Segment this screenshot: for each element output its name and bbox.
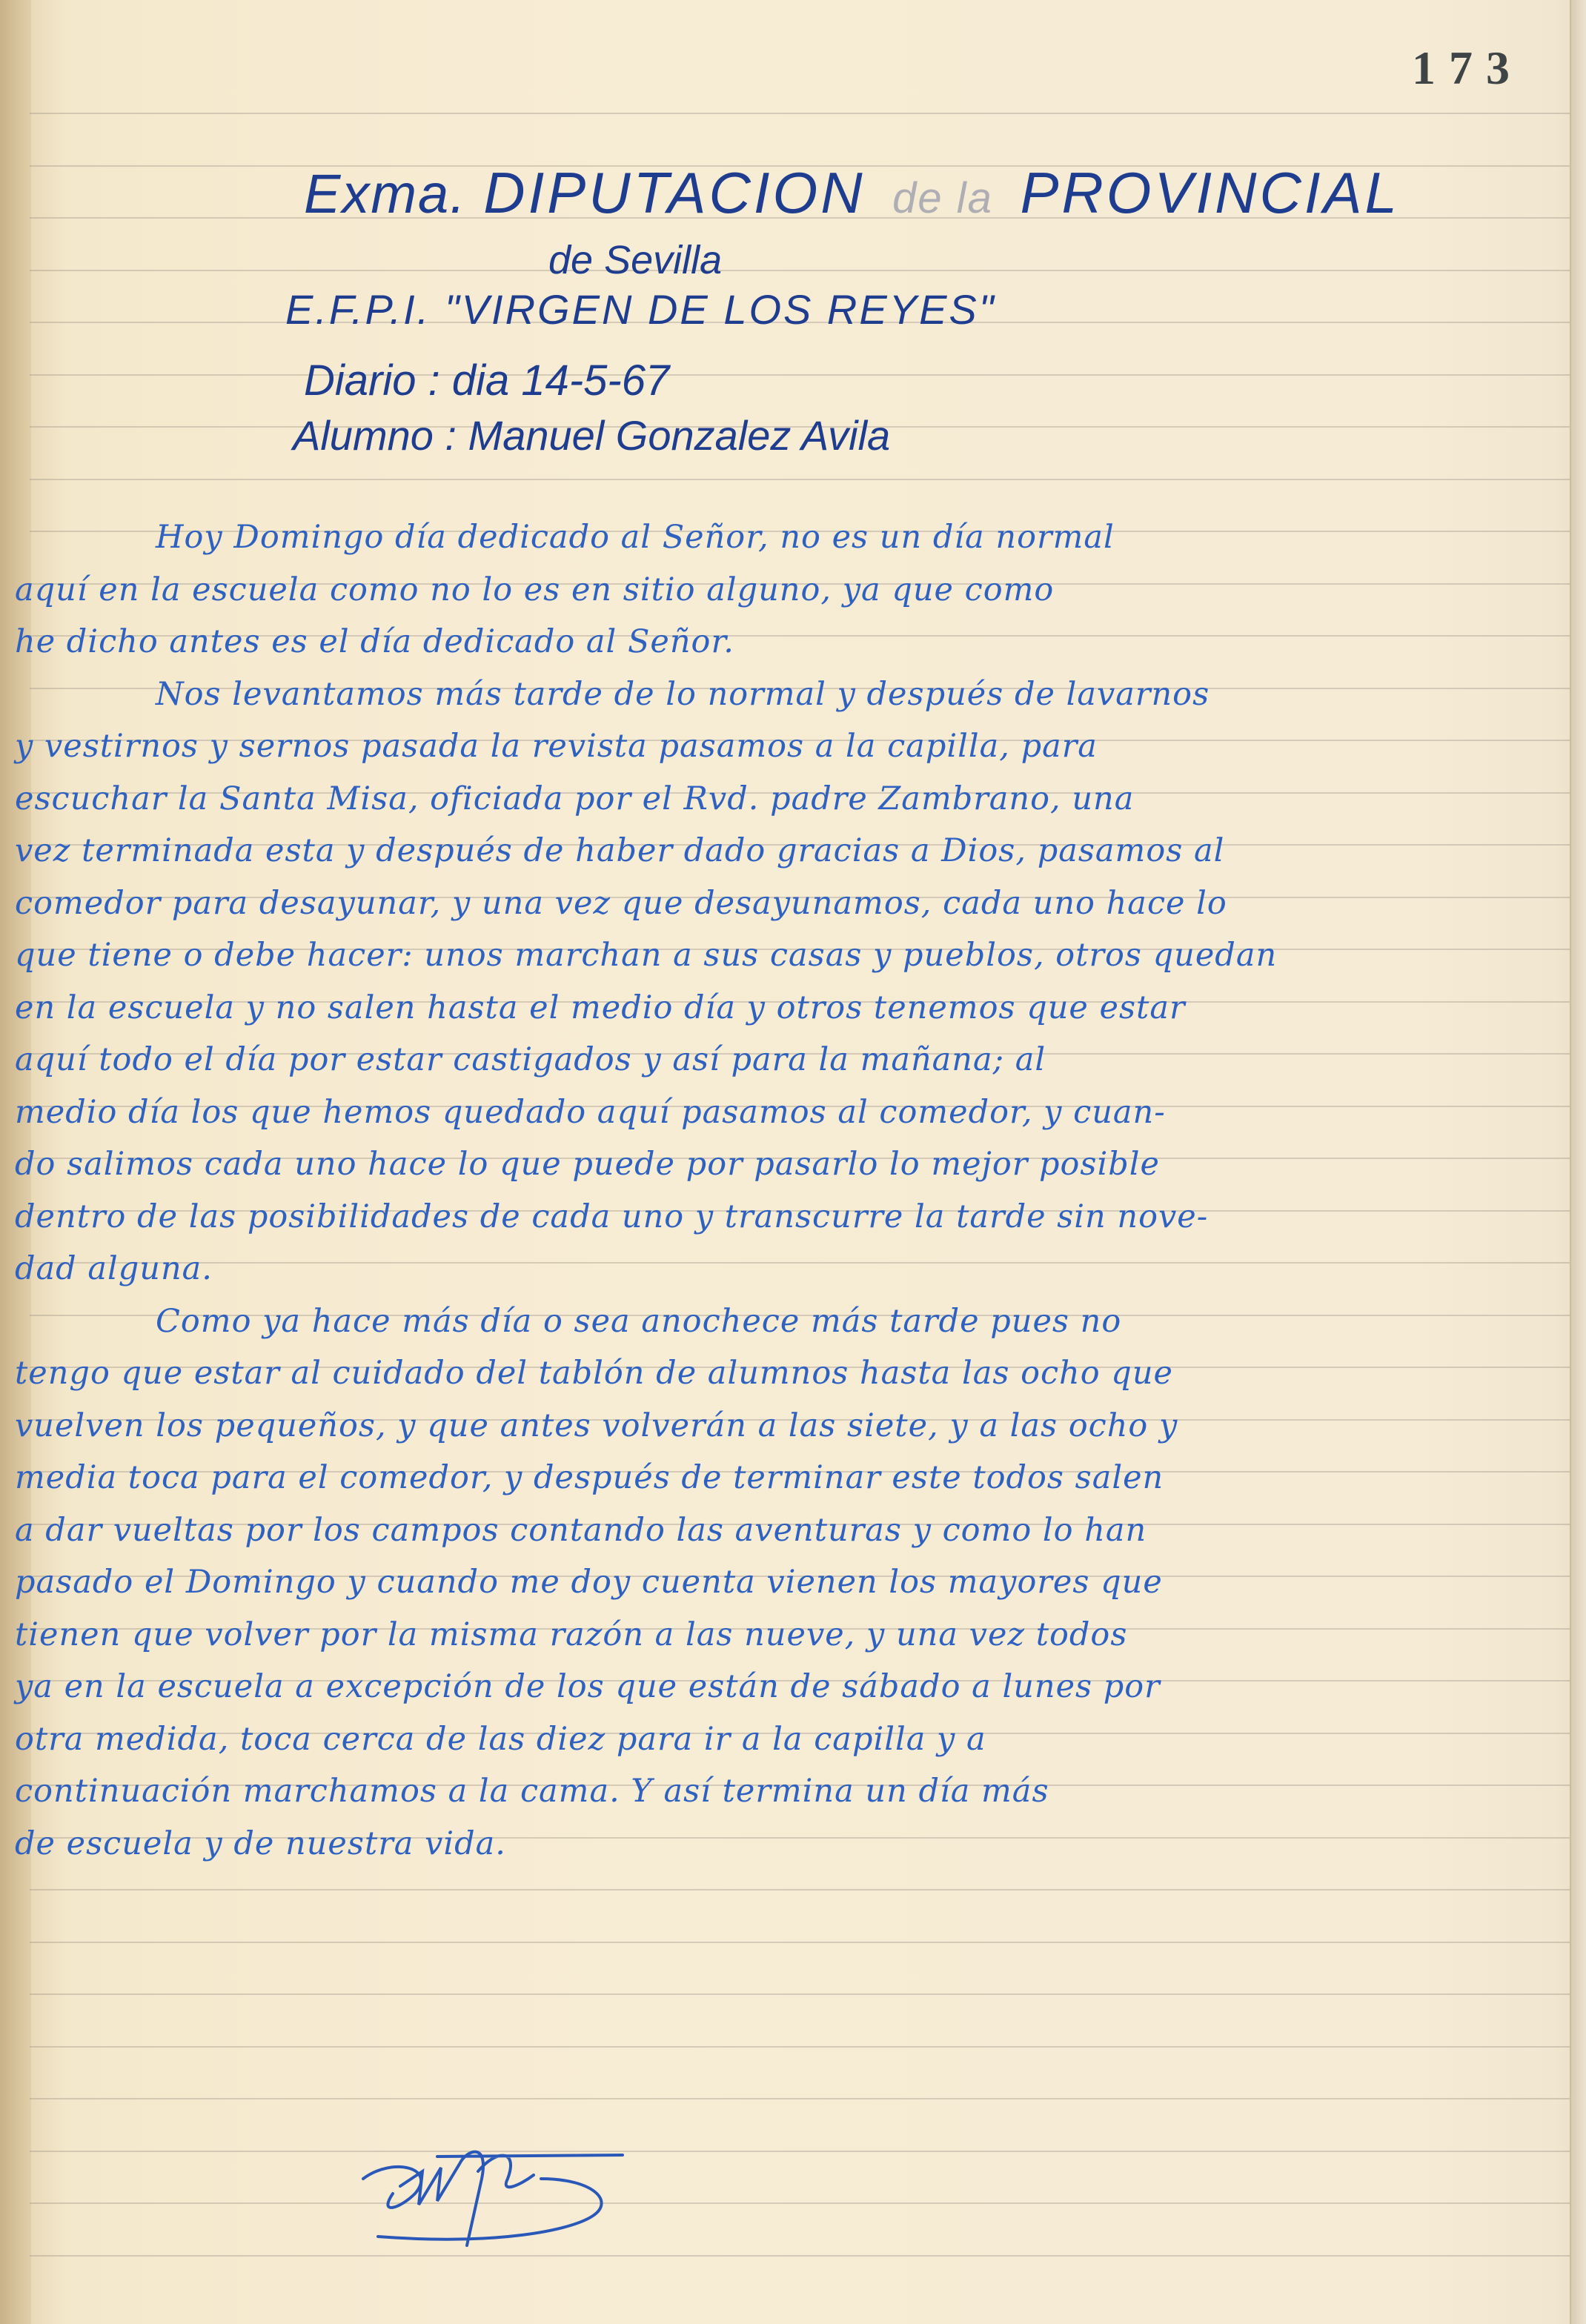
diary-line: escuchar la Santa Misa, oficiada por el … <box>15 773 1542 826</box>
diary-line: en la escuela y no salen hasta el medio … <box>15 982 1542 1035</box>
diary-line: medio día los que hemos quedado aquí pas… <box>15 1086 1542 1139</box>
ruled-line <box>30 2046 1570 2048</box>
diary-line: vez terminada esta y después de haber da… <box>15 825 1542 877</box>
ruled-line <box>30 374 1570 376</box>
ruled-line <box>30 270 1570 271</box>
header-word-provincial: PROVINCIAL <box>1020 160 1399 225</box>
ruled-line <box>30 1993 1570 1995</box>
diary-line: Hoy Domingo día dedicado al Señor, no es… <box>15 511 1542 564</box>
page-edge <box>1570 0 1586 2324</box>
header-city: de Sevilla <box>548 237 722 283</box>
diary-line: do salimos cada uno hace lo que puede po… <box>15 1138 1542 1191</box>
ruled-line <box>30 1942 1570 1943</box>
diary-line: dentro de las posibilidades de cada uno … <box>15 1191 1542 1244</box>
ruled-line <box>30 479 1570 480</box>
diary-line: Nos levantamos más tarde de lo normal y … <box>15 668 1542 721</box>
diary-line: aquí todo el día por estar castigados y … <box>15 1034 1542 1086</box>
diary-line: que tiene o debe hacer: unos marchan a s… <box>15 929 1542 982</box>
page-number: 173 <box>1412 41 1523 96</box>
header-prefix: Exma. <box>304 163 467 225</box>
ruled-line <box>30 113 1570 114</box>
diary-line: dad alguna. <box>15 1243 1542 1295</box>
ruled-line <box>30 1889 1570 1890</box>
diary-line: vuelven los pequeños, y que antes volver… <box>15 1400 1542 1452</box>
diary-line: media toca para el comedor, y después de… <box>15 1452 1542 1504</box>
diary-body: Hoy Domingo día dedicado al Señor, no es… <box>15 511 1542 1870</box>
diary-line: comedor para desayunar, y una vez que de… <box>15 877 1542 930</box>
header-diary-date: Diario : dia 14-5-67 <box>304 356 669 405</box>
diary-line: he dicho antes es el día dedicado al Señ… <box>15 616 1542 668</box>
diary-line: tienen que volver por la misma razón a l… <box>15 1609 1542 1661</box>
diary-line: continuación marchamos a la cama. Y así … <box>15 1765 1542 1818</box>
diary-line: Como ya hace más día o sea anochece más … <box>15 1295 1542 1348</box>
notebook-page: 173 Exma. DIPUTACION de la PROVINCIAL de… <box>0 0 1586 2324</box>
ruled-line <box>30 2098 1570 2099</box>
ruled-line <box>30 2151 1570 2152</box>
signature-icon <box>348 2134 660 2253</box>
header-student: Alumno : Manuel Gonzalez Avila <box>293 411 890 459</box>
diary-line: aquí en la escuela como no lo es en siti… <box>15 564 1542 617</box>
diary-line: a dar vueltas por los campos contando la… <box>15 1504 1542 1557</box>
header-word-diputacion: DIPUTACION <box>483 160 865 225</box>
diary-line: otra medida, toca cerca de las diez para… <box>15 1713 1542 1766</box>
header-school: E.F.P.I. "VIRGEN DE LOS REYES" <box>285 285 996 333</box>
diary-line: pasado el Domingo y cuando me doy cuenta… <box>15 1556 1542 1609</box>
diary-line: tengo que estar al cuidado del tablón de… <box>15 1347 1542 1400</box>
diary-line: y vestirnos y sernos pasada la revista p… <box>15 720 1542 773</box>
ruled-line <box>30 2255 1570 2257</box>
header-struck-text: de la <box>892 174 993 222</box>
header-institution: Exma. DIPUTACION de la PROVINCIAL <box>304 159 1400 227</box>
diary-line: de escuela y de nuestra vida. <box>15 1818 1542 1870</box>
diary-line: ya en la escuela a excepción de los que … <box>15 1661 1542 1713</box>
ruled-line <box>30 2202 1570 2204</box>
